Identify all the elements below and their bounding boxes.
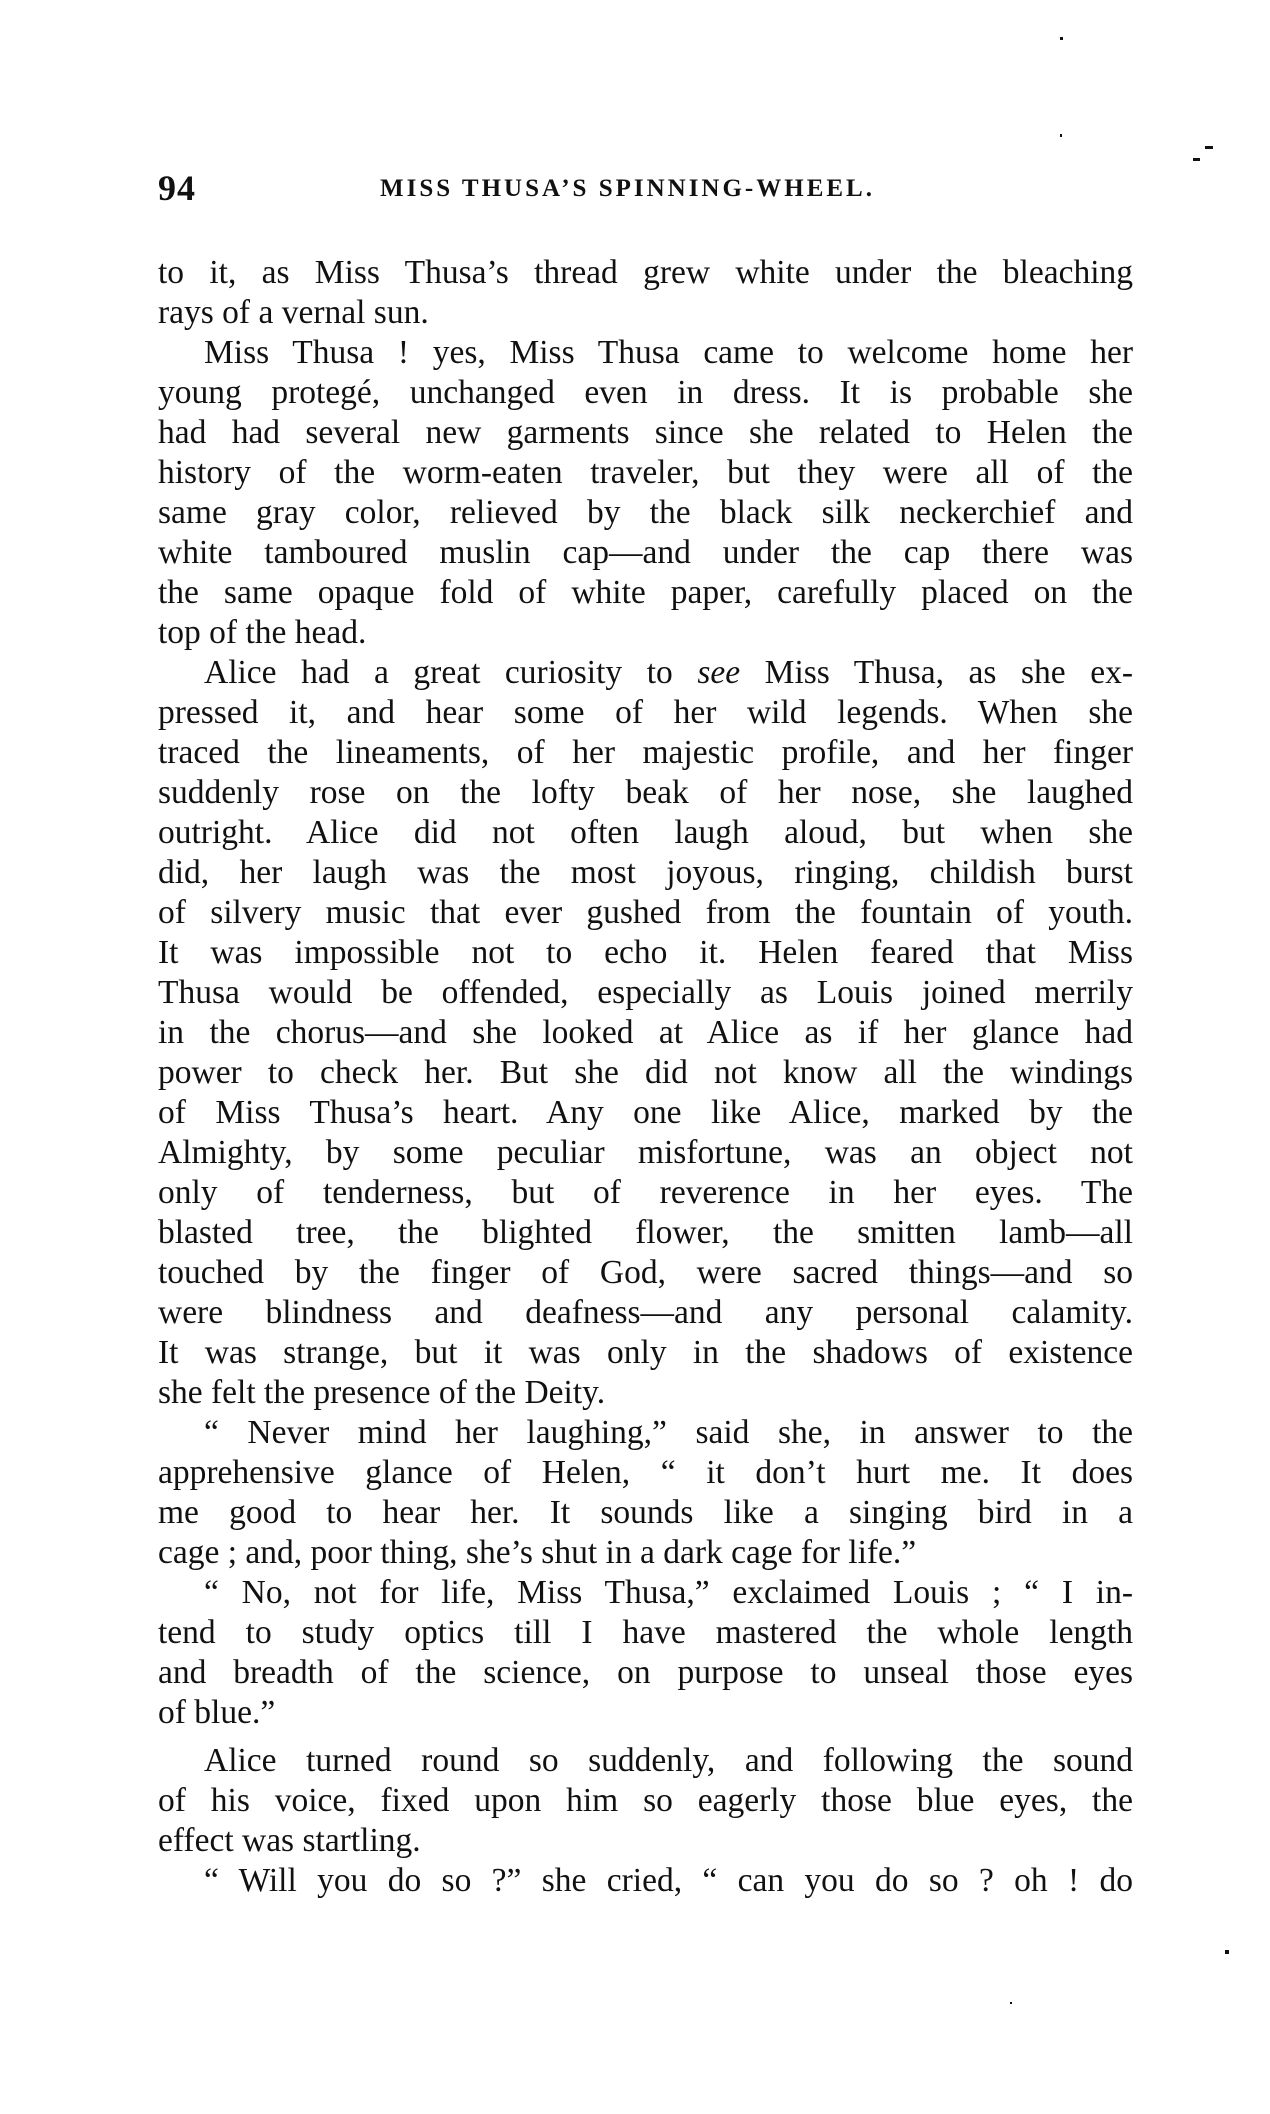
text-line: Almighty, by some peculiar misfortune, w… (158, 1133, 1133, 1173)
text-line: of silvery music that ever gushed from t… (158, 893, 1133, 933)
text-line: only of tenderness, but of reverence in … (158, 1173, 1133, 1213)
text-line: she felt the presence of the Deity. (158, 1373, 1133, 1413)
text-line: It was impossible not to echo it. Helen … (158, 933, 1133, 973)
text-line: “ Never mind her laughing,” said she, in… (158, 1413, 1133, 1453)
text-line: of blue.” (158, 1693, 1133, 1733)
text-line: did, her laugh was the most joyous, ring… (158, 853, 1133, 893)
text-line: the same opaque fold of white paper, car… (158, 573, 1133, 613)
text-line: Thusa would be offended, especially as L… (158, 973, 1133, 1013)
text-line: of Miss Thusa’s heart. Any one like Alic… (158, 1093, 1133, 1133)
text-line: top of the head. (158, 613, 1133, 653)
text-line: traced the lineaments, of her majestic p… (158, 733, 1133, 773)
text-line: young protegé, unchanged even in dress. … (158, 373, 1133, 413)
text-line: history of the worm-eaten traveler, but … (158, 453, 1133, 493)
scan-speck (1225, 1950, 1229, 1954)
scan-speck (1060, 37, 1063, 40)
text-line: effect was startling. (158, 1821, 1133, 1861)
text-line: “ No, not for life, Miss Thusa,” exclaim… (158, 1573, 1133, 1613)
text-line: rays of a vernal sun. (158, 293, 1133, 333)
text-line: were blindness and deafness—and any pers… (158, 1293, 1133, 1333)
running-title: MISS THUSA’S SPINNING-WHEEL. (380, 172, 920, 206)
text-line: to it, as Miss Thusa’s thread grew white… (158, 253, 1133, 293)
body-text: to it, as Miss Thusa’s thread grew white… (158, 253, 1133, 1901)
text-line: Alice turned round so suddenly, and foll… (158, 1741, 1133, 1781)
text-line: me good to hear her. It sounds like a si… (158, 1493, 1133, 1533)
text-line: outright. Alice did not often laugh alou… (158, 813, 1133, 853)
text-line: power to check her. But she did not know… (158, 1053, 1133, 1093)
text-line: suddenly rose on the lofty beak of her n… (158, 773, 1133, 813)
scan-speck (1205, 146, 1213, 149)
text-line: tend to study optics till I have mastere… (158, 1613, 1133, 1653)
text-line: apprehensive glance of Helen, “ it don’t… (158, 1453, 1133, 1493)
text-line: It was strange, but it was only in the s… (158, 1333, 1133, 1373)
text-line: pressed it, and hear some of her wild le… (158, 693, 1133, 733)
scan-speck (1060, 134, 1062, 137)
emphasis: see (697, 654, 740, 691)
text-line: “ Will you do so ?” she cried, “ can you… (158, 1861, 1133, 1901)
text-line: in the chorus—and she looked at Alice as… (158, 1013, 1133, 1053)
text-line: of his voice, fixed upon him so eagerly … (158, 1781, 1133, 1821)
text-line: had had several new garments since she r… (158, 413, 1133, 453)
book-page: 94 MISS THUSA’S SPINNING-WHEEL. to it, a… (0, 0, 1270, 2114)
text-line: touched by the finger of God, were sacre… (158, 1253, 1133, 1293)
text-line: blasted tree, the blighted flower, the s… (158, 1213, 1133, 1253)
text-line: Miss Thusa ! yes, Miss Thusa came to wel… (158, 333, 1133, 373)
text-line: same gray color, relieved by the black s… (158, 493, 1133, 533)
text-line: white tamboured muslin cap—and under the… (158, 533, 1133, 573)
text-line: Alice had a great curiosity to see Miss … (158, 653, 1133, 693)
text-line: and breadth of the science, on purpose t… (158, 1653, 1133, 1693)
scan-speck (1193, 158, 1200, 161)
text-line: cage ; and, poor thing, she’s shut in a … (158, 1533, 1133, 1573)
scan-speck (1010, 2002, 1012, 2004)
page-number: 94 (158, 168, 196, 208)
running-head: 94 MISS THUSA’S SPINNING-WHEEL. (158, 168, 1133, 208)
